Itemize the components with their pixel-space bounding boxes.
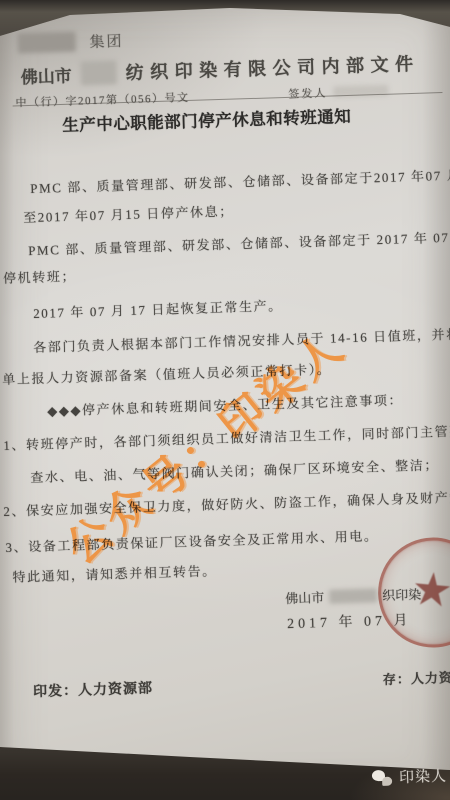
redaction-blur-company xyxy=(80,60,117,85)
document-content: 集团 佛山市 纺织印染有限公司内部文件 中（行）字2017第（056）号文 签发… xyxy=(0,0,450,800)
body-line: 2017 年 07 月 17 日起恢复正常生产。 xyxy=(33,295,283,322)
archive-label: 存：人力资 xyxy=(383,667,450,688)
footer-brand: 印染人 xyxy=(372,765,448,789)
letterhead-company-line: 佛山市 纺织印染有限公司内部文件 xyxy=(20,50,420,89)
document-title: 生产中心职能部门停产休息和转班通知 xyxy=(62,103,352,136)
company-seal-stamp: ★ xyxy=(376,536,450,649)
star-icon: ★ xyxy=(409,561,450,619)
redaction-blur-signature xyxy=(329,588,377,604)
company-prefix: 佛山市 xyxy=(20,61,72,88)
wechat-icon xyxy=(372,768,393,787)
issue-label: 印发：人力资源部 xyxy=(33,677,154,701)
company-suffix: 纺织印染有限公司内部文件 xyxy=(125,50,420,85)
body-line: 各部门负责人根据本部门工作情况安排人员于 14-16 日值班，并将值班 xyxy=(33,323,450,356)
body-line: 停机转班； xyxy=(3,266,77,287)
body-line: PMC 部、质量管理部、研发部、仓储部、设备部定于 2017 年 07 月 16… xyxy=(28,225,450,259)
issuer-label: 签发人 xyxy=(288,85,327,102)
redaction-blur-group xyxy=(17,32,76,54)
letterhead-group-label: 集团 xyxy=(89,34,124,51)
letterhead-group-line: 集团 xyxy=(17,30,123,54)
photo-background: 集团 佛山市 纺织印染有限公司内部文件 中（行）字2017第（056）号文 签发… xyxy=(0,0,450,800)
document-paper: 集团 佛山市 纺织印染有限公司内部文件 中（行）字2017第（056）号文 签发… xyxy=(0,0,450,800)
footer-brand-label: 印染人 xyxy=(399,765,448,788)
body-line: 至2017 年07 月15 日停产休息； xyxy=(23,201,234,227)
signature-company-prefix: 佛山市 xyxy=(285,587,325,607)
body-line: PMC 部、质量管理部、研发部、仓储部、设备部定于2017 年07 月14 日 xyxy=(30,163,450,197)
